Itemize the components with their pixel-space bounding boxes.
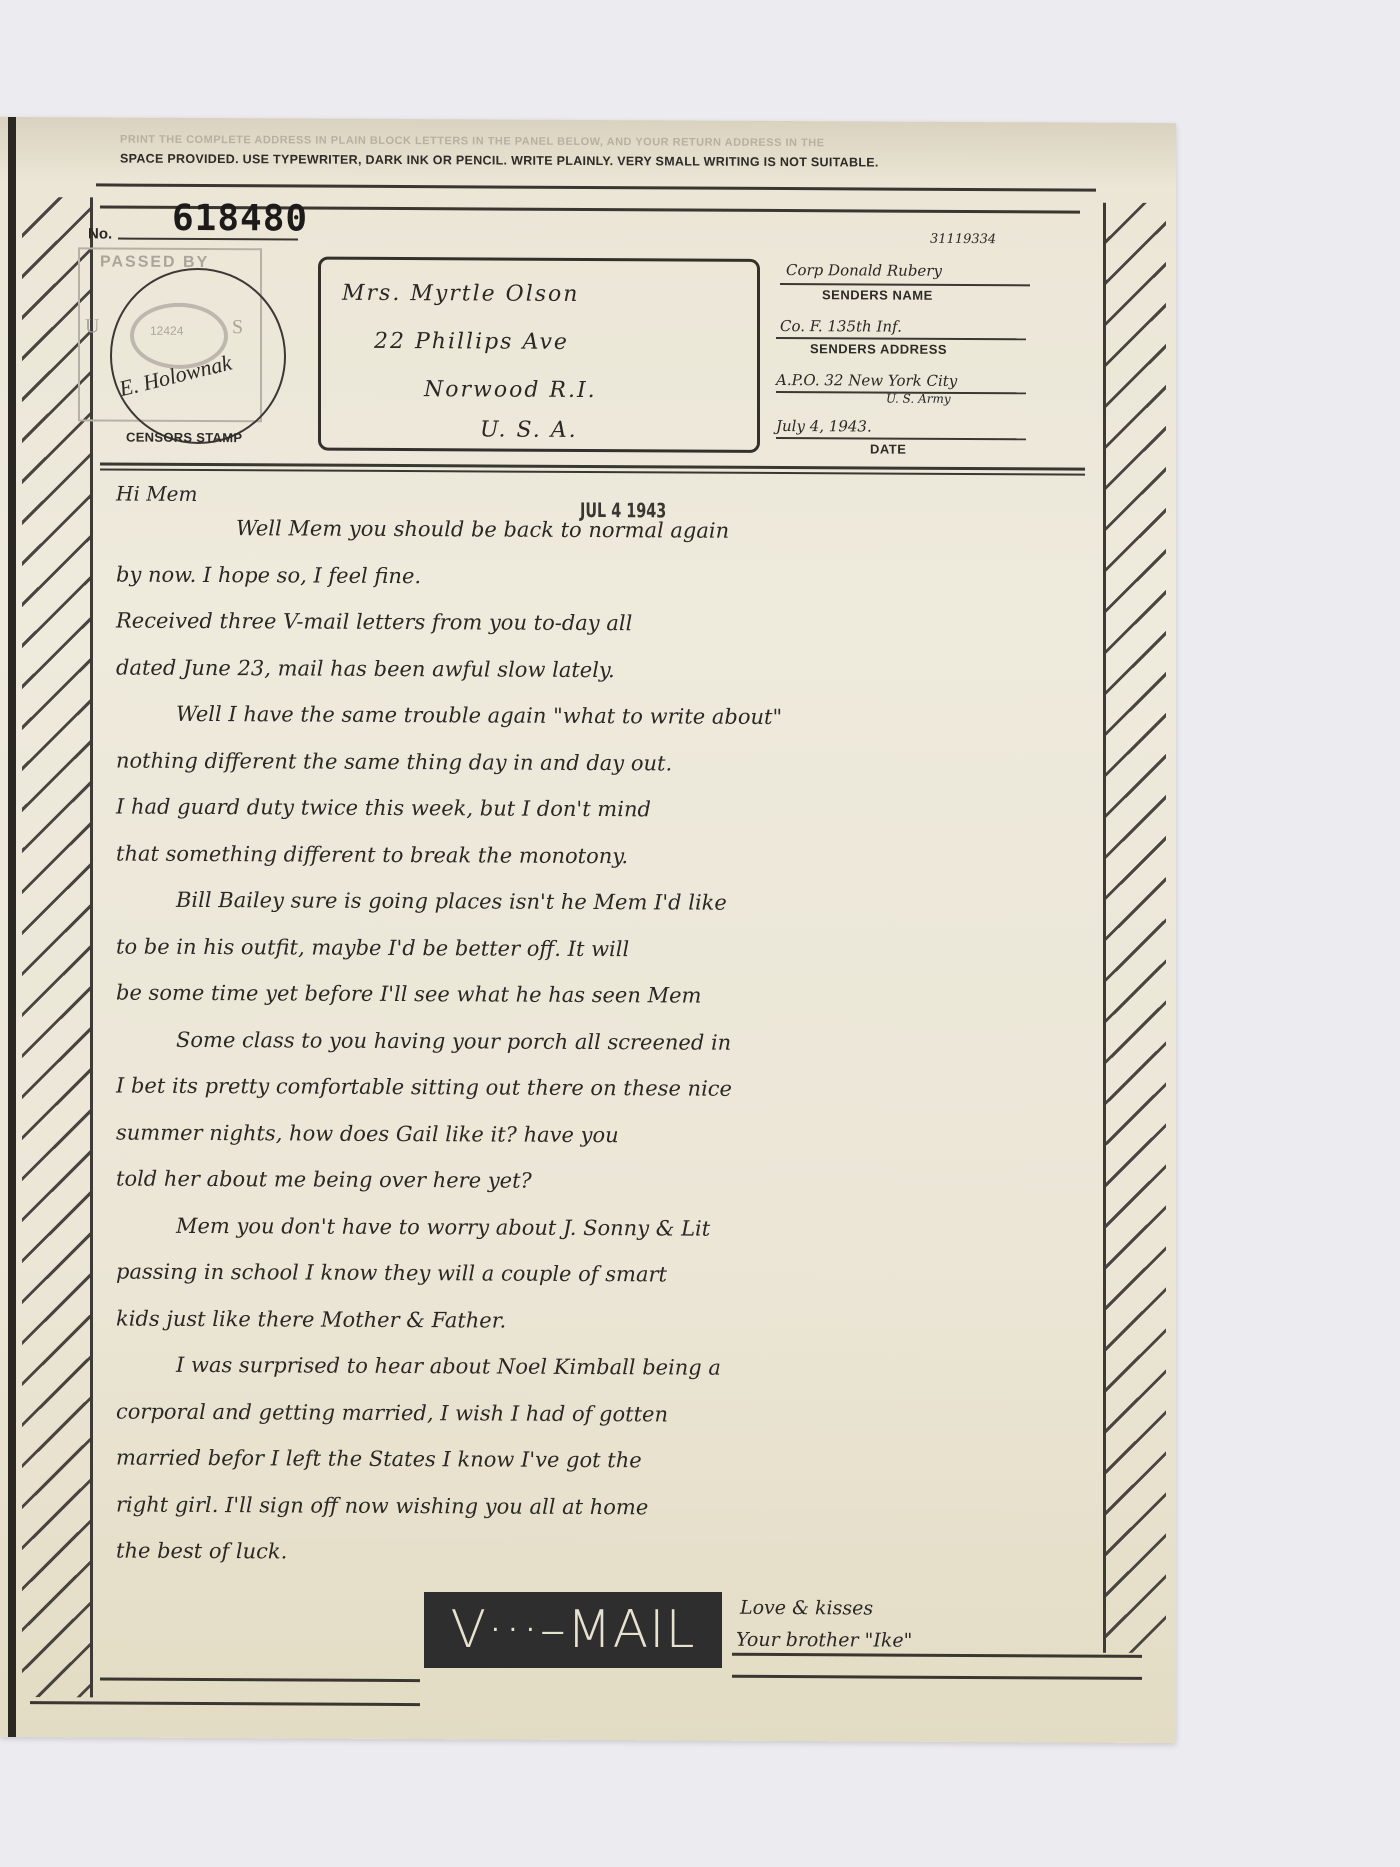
v-mail-letter-sheet: PRINT THE COMPLETE ADDRESS IN PLAIN BLOC… [0, 117, 1176, 1743]
letter-line: to be in his outfit, maybe I'd be better… [116, 934, 629, 961]
left-hatched-border [22, 197, 93, 1697]
form-instructions-faint: PRINT THE COMPLETE ADDRESS IN PLAIN BLOC… [120, 134, 1020, 151]
sender-address-underline [776, 337, 1026, 340]
sheet-edge-border [8, 117, 16, 1737]
letter-line: by now. I hope so, I feel fine. [116, 562, 421, 588]
sender-address-label: SENDERS ADDRESS [810, 341, 947, 357]
letter-line: married befor I left the States I know I… [116, 1446, 642, 1473]
letter-line: summer nights, how does Gail like it? ha… [116, 1120, 619, 1147]
sender-date-label: DATE [870, 441, 906, 456]
letter-line: Received three V-mail letters from you t… [116, 609, 632, 636]
letter-line: Bill Bailey sure is going places isn't h… [176, 888, 727, 915]
footer-rule [100, 1677, 420, 1682]
letter-line: the best of luck. [116, 1539, 287, 1564]
censor-stamp-label: CENSORS STAMP [126, 430, 242, 446]
letter-line: corporal and getting married, I wish I h… [116, 1399, 668, 1426]
sender-name-underline [780, 283, 1030, 286]
sender-name-label: SENDERS NAME [822, 287, 933, 303]
sender-date-underline [776, 437, 1026, 440]
form-instructions: SPACE PROVIDED. USE TYPEWRITER, DARK INK… [120, 152, 1020, 171]
divider [96, 183, 1096, 191]
letter-line: passing in school I know they will a cou… [116, 1260, 667, 1287]
letter-line: be some time yet before I'll see what he… [116, 981, 701, 1008]
footer-rule [732, 1675, 1142, 1680]
letter-line: that something different to break the mo… [116, 841, 628, 868]
sender-name: Corp Donald Rubery [786, 261, 942, 280]
sender-apo: A.P.O. 32 New York City [776, 371, 957, 390]
letter-line: right girl. I'll sign off now wishing yo… [116, 1492, 648, 1519]
footer-rule [30, 1701, 420, 1706]
letter-line: nothing different the same thing day in … [116, 748, 672, 775]
letter-line: kids just like there Mother & Father. [116, 1306, 506, 1332]
footer-rule [732, 1653, 1142, 1658]
v-mail-logo: V···–MAIL [424, 1592, 722, 1668]
letter-signature: Your brother "Ike" [736, 1629, 912, 1652]
sender-army: U. S. Army [886, 392, 951, 406]
letter-closing: Love & kisses [740, 1597, 873, 1620]
censor-stamp-letter-u: U [85, 315, 99, 338]
letter-line: I bet its pretty comfortable sitting out… [116, 1074, 732, 1101]
letter-line: I had guard duty twice this week, but I … [116, 795, 651, 822]
letter-line: Some class to you having your porch all … [176, 1027, 731, 1054]
form-number-label: No. [88, 225, 112, 242]
letter-line: dated June 23, mail has been awful slow … [116, 655, 615, 682]
letter-line: Well I have the same trouble again "what… [176, 702, 782, 729]
recipient-street: 22 Phillips Ave [374, 329, 569, 355]
recipient-country: U. S. A. [480, 417, 578, 443]
letter-body: Well Mem you should be back to normal ag… [0, 117, 1176, 123]
sender-serial-number: 31119334 [930, 232, 996, 247]
sender-address: Co. F. 135th Inf. [780, 317, 902, 336]
recipient-name: Mrs. Myrtle Olson [342, 281, 579, 307]
letter-greeting: Hi Mem [116, 482, 197, 506]
form-number-value: 618480 [172, 198, 308, 240]
letter-line: Well Mem you should be back to normal ag… [236, 516, 729, 543]
letter-line: I was surprised to hear about Noel Kimba… [176, 1353, 721, 1380]
letter-line: Mem you don't have to worry about J. Son… [176, 1213, 710, 1240]
recipient-city: Norwood R.I. [424, 377, 597, 403]
sender-date: July 4, 1943. [776, 417, 872, 436]
right-hatched-border [1103, 203, 1166, 1653]
letter-line: told her about me being over here yet? [116, 1167, 532, 1193]
